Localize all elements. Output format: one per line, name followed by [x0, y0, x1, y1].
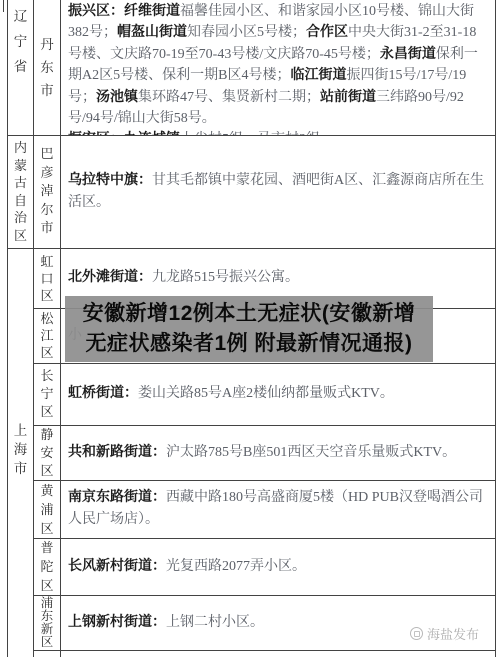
headline-overlay: 安徽新增12例本土无症状(安徽新增 无症状感染者1例 附最新情况通报)	[65, 296, 433, 362]
province-label-liaoning: 辽宁省	[8, 4, 33, 135]
city-label-bayannur: 巴彦淖尔市	[34, 135, 60, 248]
table-border-artifact	[3, 0, 4, 12]
headline-line1: 安徽新增12例本土无症状(安徽新增	[83, 299, 416, 329]
district-label-changning: 长宁区	[34, 363, 60, 425]
province-label-shanghai: 上海市	[8, 248, 33, 650]
content-cell-jingan: 共和新路街道：沪太路785号B座501西区天空音乐量贩式KTV。	[61, 425, 495, 480]
city-label-dandong: 丹东市	[34, 0, 60, 135]
district-label-pudong: 浦东新区	[34, 595, 60, 650]
district-label-jingan: 静安区	[34, 425, 60, 480]
content-cell-bayannur: 乌拉特中旗：甘其毛都镇中蒙花园、酒吧街A区、汇鑫源商店所在生活区。	[61, 135, 495, 248]
content-cell-huangpu: 南京东路街道：西藏中路180号高盛商厦5楼（HD PUB汉登喝酒公司人民广场店）…	[61, 480, 495, 538]
watermark: 海盐发布	[410, 624, 479, 643]
table-border-right	[495, 0, 496, 657]
headline-line2: 无症状感染者1例 附最新情况通报)	[85, 329, 412, 359]
row-border	[33, 650, 496, 651]
content-cell-putuo: 长风新村街道：光复西路2077弄小区。	[61, 538, 495, 595]
seal-logo-icon	[410, 627, 423, 640]
province-label-neimenggu: 内蒙古自治区	[8, 135, 33, 248]
district-label-songjiang: 松江区	[34, 308, 60, 363]
district-label-putuo: 普陀区	[34, 538, 60, 595]
content-cell-changning: 虹桥街道：娄山关路85号A座2楼仙纳都量贩式KTV。	[61, 363, 495, 425]
content-cell-dandong: 振兴区：纤维街道福馨佳园小区、和谐家园小区10号楼、锦山大街382号；帽盔山街道…	[61, 0, 495, 135]
watermark-label: 海盐发布	[427, 624, 479, 643]
district-label-hongkou: 虹口区	[34, 248, 60, 308]
screenshot-root: 辽宁省 内蒙古自治区 上海市 丹东市 巴彦淖尔市 虹口区 松江区 长宁区 静安区…	[0, 0, 500, 657]
district-label-huangpu: 黄浦区	[34, 480, 60, 538]
